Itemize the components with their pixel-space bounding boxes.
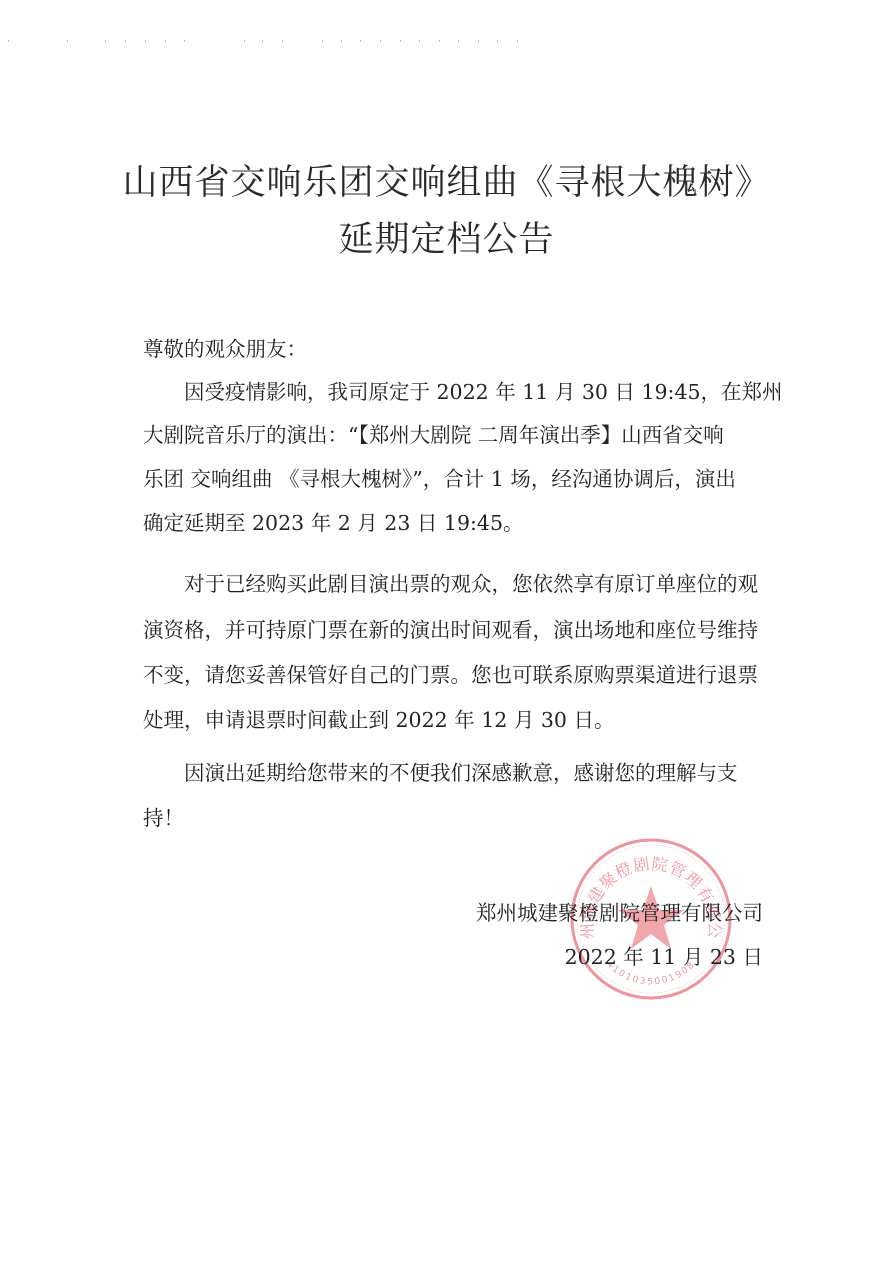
paragraph-1-line-4: 确定延期至 2023 年 2 月 23 日 19:45。 [143,506,524,536]
paragraph-2-line-2: 演资格，并可持原门票在新的演出时间观看，演出场地和座位号维持 [143,613,758,643]
document-page: 山西省交响乐团交响组曲《寻根大槐树》 延期定档公告 尊敬的观众朋友： 因受疫情影… [0,0,893,1263]
paragraph-1-line-1: 因受疫情影响，我司原定于 2022 年 11 月 30 日 19:45，在郑州 [184,375,783,405]
paragraph-2-line-3: 不变，请您妥善保管好自己的门票。您也可联系原购票渠道进行退票 [143,658,758,688]
paragraph-1-line-3: 乐团 交响组曲 《寻根大槐树》”，合计 1 场，经沟通协调后，演出 [143,462,736,492]
document-title: 山西省交响乐团交响组曲《寻根大槐树》 [0,155,893,205]
paragraph-3-line-1: 因演出延期给您带来的不便我们深感歉意，感谢您的理解与支 [184,756,738,786]
paragraph-3-line-2: 持！ [143,801,184,831]
signature-date: 2022 年 11 月 23 日 [565,940,763,970]
signature-company: 郑州城建聚橙剧院管理有限公司 [476,896,763,926]
paragraph-2-line-4: 处理，申请退票时间截止到 2022 年 12 月 30 日。 [143,703,614,733]
scan-artifact-dots [0,40,893,44]
salutation: 尊敬的观众朋友： [143,332,307,362]
document-subtitle: 延期定档公告 [0,212,893,262]
paragraph-1-line-2: 大剧院音乐厅的演出：“【郑州大剧院 二周年演出季】山西省交响 [143,418,724,448]
paragraph-2-line-1: 对于已经购买此剧目演出票的观众，您依然享有原订单座位的观 [184,567,758,597]
